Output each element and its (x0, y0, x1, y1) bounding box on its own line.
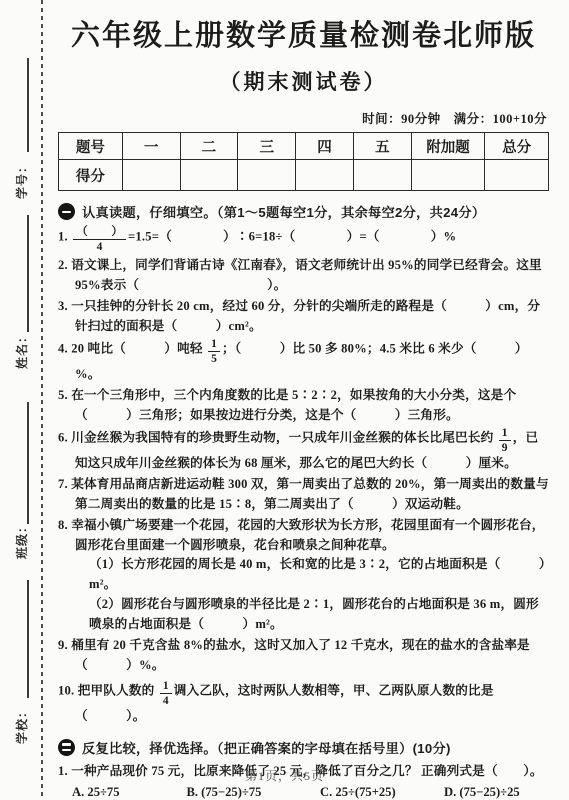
section-1-header: 认真读题，仔细填空。（第1～5题每空1分，其余每空2分，共24分） (58, 202, 549, 221)
school-write-line (27, 580, 29, 698)
question-text: 桶里有 20 千克含盐 8%的盐水，这时又加入了 12 千克水，现在的盐水的含盐… (71, 638, 530, 672)
score-table-header: 二 (180, 133, 238, 160)
name-label: 姓名： (13, 330, 30, 369)
score-cell-empty (180, 160, 238, 191)
score-cell-empty (411, 160, 485, 191)
question-9: 9. 桶里有 20 千克含盐 8%的盐水，这时又加入了 12 千克水，现在的盐水… (58, 636, 549, 676)
question-text: 语文课上，同学们背诵古诗《江南春》，语文老师统计出 95%的同学已经背会。这里 … (71, 258, 542, 292)
score-cell-empty (485, 160, 549, 191)
fraction: 19 (499, 427, 511, 454)
question-number: 10. (58, 683, 74, 697)
option-a: A. 25÷75 (72, 785, 186, 800)
section-one-circle-icon (58, 203, 75, 220)
student-id-write-line (27, 58, 29, 152)
question-text: 在一个三角形中，三个内角度数的比是 5∶2∶2，如果按角的大小分类，这是个（ ）… (71, 388, 516, 422)
fraction: 15 (208, 338, 220, 365)
question-text: =1.5=（ ）∶6=18÷（ ）=（ ）% (128, 230, 456, 244)
name-write-line (27, 215, 29, 332)
exam-paper-page: 学号： 姓名： 班级： 学校： 六年级上册数学质量检测卷北师版 （期末测试卷） … (0, 0, 569, 800)
question-number: 8. (58, 518, 68, 532)
question-text: 幸福小镇广场要建一个花园，花园的大致形状为长方形，花园里面有一个圆形花台，圆形花… (71, 518, 544, 552)
section-2-header: 反复比较，择优选择。（把正确答案的字母填在括号里）(10分) (58, 738, 549, 757)
fraction: （ ）4 (73, 226, 126, 253)
question-number: 9. (58, 638, 68, 652)
question-10: 10. 把甲队人数的 14调入乙队，这时两队人数相等，甲、乙两队原人数的比是（ … (58, 680, 549, 727)
question-text: 把甲队人数的 (78, 683, 155, 697)
score-cell-empty (122, 160, 180, 191)
question-2: 2. 语文课上，同学们背诵古诗《江南春》，语文老师统计出 95%的同学已经背会。… (58, 256, 549, 296)
score-cell-empty (353, 160, 411, 191)
option-c: C. 25÷(75+25) (320, 785, 444, 800)
section-two-circle-icon (58, 739, 75, 756)
class-label: 班级： (13, 520, 30, 559)
option-d: D. (75−25)÷25 (444, 785, 549, 800)
question-text: 川金丝猴为我国特有的珍贵野生动物，一只成年川金丝猴的体长比尾巴长约 (71, 430, 493, 444)
question-1: 1. （ ）4=1.5=（ ）∶6=18÷（ ）=（ ）% (58, 226, 549, 253)
score-table-header: 题号 (59, 133, 123, 160)
fold-dashed-line (41, 0, 43, 800)
choice-options-row: A. 25÷75 B. (75−25)÷75 C. 25÷(75+25) D. … (58, 785, 549, 800)
question-number: 3. (58, 299, 68, 313)
score-table-header: 附加题 (411, 133, 485, 160)
section-2-title: 反复比较，择优选择。（把正确答案的字母填在括号里）(10分) (82, 738, 451, 757)
question-6: 6. 川金丝猴为我国特有的珍贵野生动物，一只成年川金丝猴的体长比尾巴长约 19，… (58, 427, 549, 474)
student-id-label: 学号： (13, 160, 30, 199)
score-table-header: 一 (122, 133, 180, 160)
question-8-sub-2: （2）圆形花台与圆形喷泉的半径比是 2∶1，圆形花台的占地面积是 36 m，圆形… (75, 595, 549, 635)
question-text: 一只挂钟的分针长 20 cm，经过 60 分，分针的尖端所走的路程是（ ）cm，… (71, 299, 540, 333)
fraction: 14 (160, 680, 172, 707)
score-table: 题号 一 二 三 四 五 附加题 总分 得分 (58, 132, 549, 191)
question-5: 5. 在一个三角形中，三个内角度数的比是 5∶2∶2，如果按角的大小分类，这是个… (58, 386, 549, 426)
page-number-footer: 第1页，共5页 (0, 767, 569, 784)
time-score-meta: 时间：90分钟 满分：100+10分 (58, 109, 547, 127)
option-b: B. (75−25)÷75 (186, 785, 320, 800)
score-table-header: 三 (238, 133, 296, 160)
question-7: 7. 某体育用品商店新进运动鞋 300 双，第一周卖出了总数的 20%，第一周卖… (58, 475, 549, 515)
class-write-line (27, 402, 29, 524)
paper-content: 六年级上册数学质量检测卷北师版 （期末测试卷） 时间：90分钟 满分：100+1… (58, 0, 549, 800)
score-row-label: 得分 (59, 160, 123, 191)
question-number: 7. (58, 477, 68, 491)
question-text: 某体育用品商店新进运动鞋 300 双，第一周卖出了总数的 20%，第一周卖出的数… (71, 477, 549, 511)
question-8: 8. 幸福小镇广场要建一个花园，花园的大致形状为长方形，花园里面有一个圆形花台，… (58, 516, 549, 635)
question-number: 4. (58, 341, 68, 355)
question-number: 2. (58, 258, 68, 272)
score-table-header: 总分 (485, 133, 549, 160)
question-8-sub-1: （1）长方形花园的周长是 40 m，长和宽的比是 3∶2，它的占地面积是（ ）m… (75, 555, 549, 595)
score-table-header: 五 (353, 133, 411, 160)
paper-title: 六年级上册数学质量检测卷北师版 (58, 20, 549, 53)
school-label: 学校： (13, 705, 30, 744)
question-text: 20 吨比（ ）吨轻 (71, 341, 203, 355)
question-number: 1. (58, 230, 68, 244)
paper-subtitle: （期末测试卷） (58, 66, 549, 96)
question-number: 6. (58, 430, 68, 444)
score-cell-empty (296, 160, 354, 191)
score-table-header: 四 (296, 133, 354, 160)
question-number: 5. (58, 388, 68, 402)
section-1-title: 认真读题，仔细填空。（第1～5题每空1分，其余每空2分，共24分） (82, 202, 485, 221)
question-4: 4. 20 吨比（ ）吨轻 15；（ ）比 50 多 80%；4.5 米比 6 … (58, 338, 549, 385)
score-cell-empty (238, 160, 296, 191)
question-3: 3. 一只挂钟的分针长 20 cm，经过 60 分，分针的尖端所走的路程是（ ）… (58, 297, 549, 337)
